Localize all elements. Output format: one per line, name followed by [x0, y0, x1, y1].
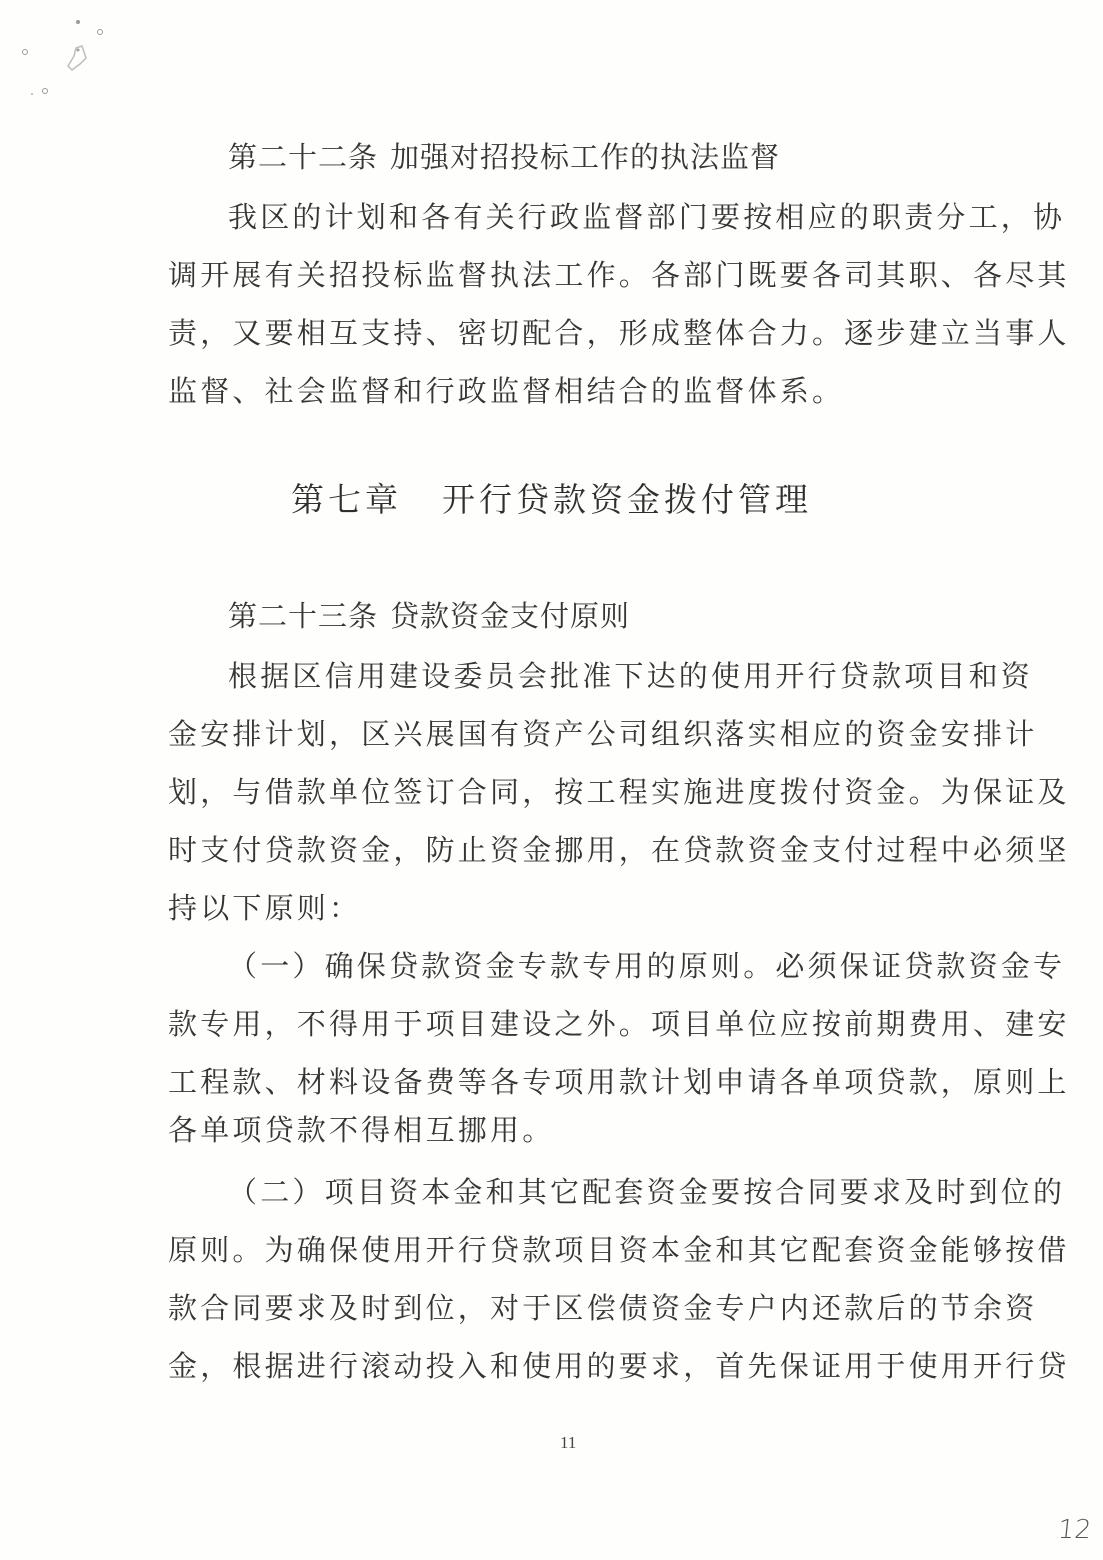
article-23-line-2: 金安排计划，区兴展国有资产公司组织落实相应的资金安排计 [168, 714, 984, 754]
article-23-line-4: 时支付贷款资金，防止资金挪用，在贷款资金支付过程中必须坚 [168, 830, 984, 870]
article-22-title: 加强对招投标工作的执法监督 [390, 140, 780, 174]
article-22-number: 第二十二条 [228, 140, 378, 174]
article-22-line-4: 监督、社会监督和行政监督相结合的监督体系。 [168, 371, 984, 411]
article-23-line-3: 划，与借款单位签订合同，按工程实施进度拨付资金。为保证及 [168, 772, 984, 812]
principle-2-line-4: 金，根据进行滚动投入和使用的要求，首先保证用于使用开行贷 [168, 1346, 984, 1386]
scan-speck-marks [20, 10, 120, 100]
article-23-heading: 第二十三条贷款资金支付原则 [228, 596, 984, 636]
article-23-number: 第二十三条 [228, 599, 378, 633]
principle-1-line-3: 工程款、材料设备费等各专项用款计划申请各单项贷款，原则上 [168, 1062, 984, 1102]
article-23-line-1: 根据区信用建设委员会批准下达的使用开行贷款项目和资 [228, 656, 984, 696]
chapter-7-heading: 第七章开行贷款资金拨付管理 [0, 478, 1103, 522]
article-22-line-1: 我区的计划和各有关行政监督部门要按相应的职责分工，协 [228, 197, 984, 237]
article-22-line-2: 调开展有关招投标监督执法工作。各部门既要各司其职、各尽其 [168, 255, 984, 295]
page-number: 11 [560, 1433, 576, 1453]
principle-2-line-3: 款合同要求及时到位，对于区偿债资金专户内还款后的节余资 [168, 1288, 984, 1328]
principle-1-line-1: （一）确保贷款资金专款专用的原则。必须保证贷款资金专 [228, 946, 984, 986]
article-23-title: 贷款资金支付原则 [390, 599, 630, 633]
article-22-line-3: 责，又要相互支持、密切配合，形成整体合力。逐步建立当事人 [168, 313, 984, 353]
handwritten-page-number: 12 [1056, 1515, 1092, 1545]
principle-2-line-2: 原则。为确保使用开行贷款项目资本金和其它配套资金能够按借 [168, 1230, 984, 1270]
principle-1-line-4: 各单项贷款不得相互挪用。 [168, 1110, 984, 1150]
article-22-heading: 第二十二条加强对招投标工作的执法监督 [228, 137, 984, 177]
document-page: 第二十二条加强对招投标工作的执法监督 我区的计划和各有关行政监督部门要按相应的职… [0, 0, 1103, 1560]
principle-2-line-1: （二）项目资本金和其它配套资金要按合同要求及时到位的 [228, 1172, 984, 1212]
article-23-line-5: 持以下原则： [168, 888, 984, 928]
chapter-number: 第七章 [291, 480, 402, 519]
principle-1-line-2: 款专用，不得用于项目建设之外。项目单位应按前期费用、建安 [168, 1004, 984, 1044]
chapter-title: 开行贷款资金拨付管理 [442, 480, 812, 519]
